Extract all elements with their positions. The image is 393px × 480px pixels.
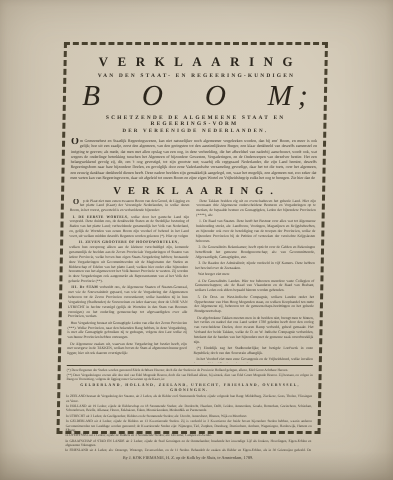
right-paragraph: In het Voorhof ziet men eene Gevangenis …	[193, 357, 313, 362]
left-paragraph: Hun Vergadering bestaat uit Gemagtigde L…	[67, 321, 187, 340]
footnotes-section: (*) Deze Regenten der Steden worden geno…	[65, 368, 313, 453]
footnote-line: In GRAAFSCHAP of STAD EN LANDE uit 2 Led…	[65, 439, 311, 448]
right-paragraph: Deze Takken breiden zig uit en overschad…	[196, 199, 316, 218]
right-column: Deze Takken breiden zig uit en overschad…	[193, 199, 316, 363]
broadside-document: VERKLAARING VAN DEN STAAT- EN REGEERING-…	[56, 42, 328, 434]
document-content: VERKLAARING VAN DEN STAAT- EN REGEERING-…	[66, 47, 319, 429]
left-paragraph: Op de Plaat ziet men eenen zwaaren Boom …	[70, 199, 190, 213]
right-paragraph: 2. De Generaliteits Rekenkamer; heeft op…	[195, 245, 315, 259]
provinces-line: GELDERLAND, HOLLAND, ZEELAND, UTRECHT, F…	[66, 383, 312, 393]
footnote-line: (**) Deze Vergaderingen voeren alle den …	[66, 373, 312, 382]
document-subtitle-1: VAN DEN STAAT- EN REGEERING-KUNDIGEN	[72, 73, 318, 79]
left-paragraph: I. DE EERSTE WORTELS, welke door het gan…	[69, 215, 189, 239]
left-paragraph: III. De STAM verbeeldt ons, de Algemeene…	[68, 285, 188, 319]
footnote-line: In ZEELAND bestaat de Vergadering der St…	[66, 394, 312, 403]
right-paragraph: 1. De Raad van Staaten. Deze heeft het B…	[196, 219, 316, 243]
footnote-line: (*) Deze Regenten der Steden worden geno…	[67, 368, 313, 372]
footnote-divider-rule	[67, 365, 313, 366]
document-subtitle-2: SCHETZENDE DE ALGEMEENE STAAT EN REGEERI…	[71, 115, 317, 127]
left-dropcap: O	[70, 199, 80, 206]
right-paragraph: (*) Eindelijk zag het Stadhouderlijke; h…	[193, 346, 313, 356]
right-paragraph: Wat hooger ziet men:	[195, 272, 315, 277]
footnote-line: In UTRECHT uit 3 Leden; de Geeligeerden;…	[66, 414, 312, 418]
main-word-punctuation: ;	[298, 80, 308, 112]
main-word: BOOM	[82, 80, 334, 112]
footnote-line: In HOLLAND uit 19 Leden; zijnde de Ridde…	[66, 404, 312, 413]
document-title: VERKLAARING	[72, 54, 318, 70]
intro-paragraph: Om Gemeenebest en Staatlijk Regeeringswe…	[70, 138, 317, 183]
two-column-body: Op de Plaat ziet men eenen zwaaren Boom …	[67, 199, 316, 363]
right-paragraph: 5. De Oost- en West-Indische Compagnie, …	[194, 295, 314, 314]
section-heading: VERKLAARING.	[70, 186, 316, 197]
intro-text: m Gemeenebest en Staatlijk Regeeringswez…	[70, 138, 317, 180]
right-paragraph: 3. De Raaden der Admiraliteit; zijnde ve…	[195, 261, 315, 271]
right-paragraph: 4. De Generaliteits Landen. Hier toe beh…	[195, 279, 315, 293]
left-column: Op de Plaat ziet men eenen zwaaren Boom …	[67, 199, 190, 363]
left-paragraph: II. ZEVEN GROOTERE OF HOOFDWORTELEN,welk…	[68, 240, 188, 284]
footnote-line: In GELDERLAND uit 4 Leden; zijnde de Rid…	[66, 419, 312, 432]
publisher-imprint: By J. KOK FIRMANIE, H. Z. op de Kolk by …	[65, 455, 311, 460]
left-paragraph: De Algemeene zaaken uit, waarvan deze Ve…	[67, 342, 187, 356]
intro-dropcap: O	[71, 138, 80, 146]
footnote-line: In OVERYSSEL uit 2 Leden; zijnde de Ridd…	[65, 433, 311, 437]
right-paragraph: De afgebrokene Takken moeten men in de b…	[194, 316, 314, 345]
main-word-line: BOOM;	[72, 80, 319, 113]
screenshot-root: { "colors": { "paper": "#d6cdbb", "ink":…	[0, 0, 393, 480]
document-subtitle-3: DER VEREENIGDE NEDERLANDEN.	[71, 129, 317, 134]
footnote-line: In FRIESLAND uit 4 Leden; als: Oostergo,…	[65, 448, 311, 452]
